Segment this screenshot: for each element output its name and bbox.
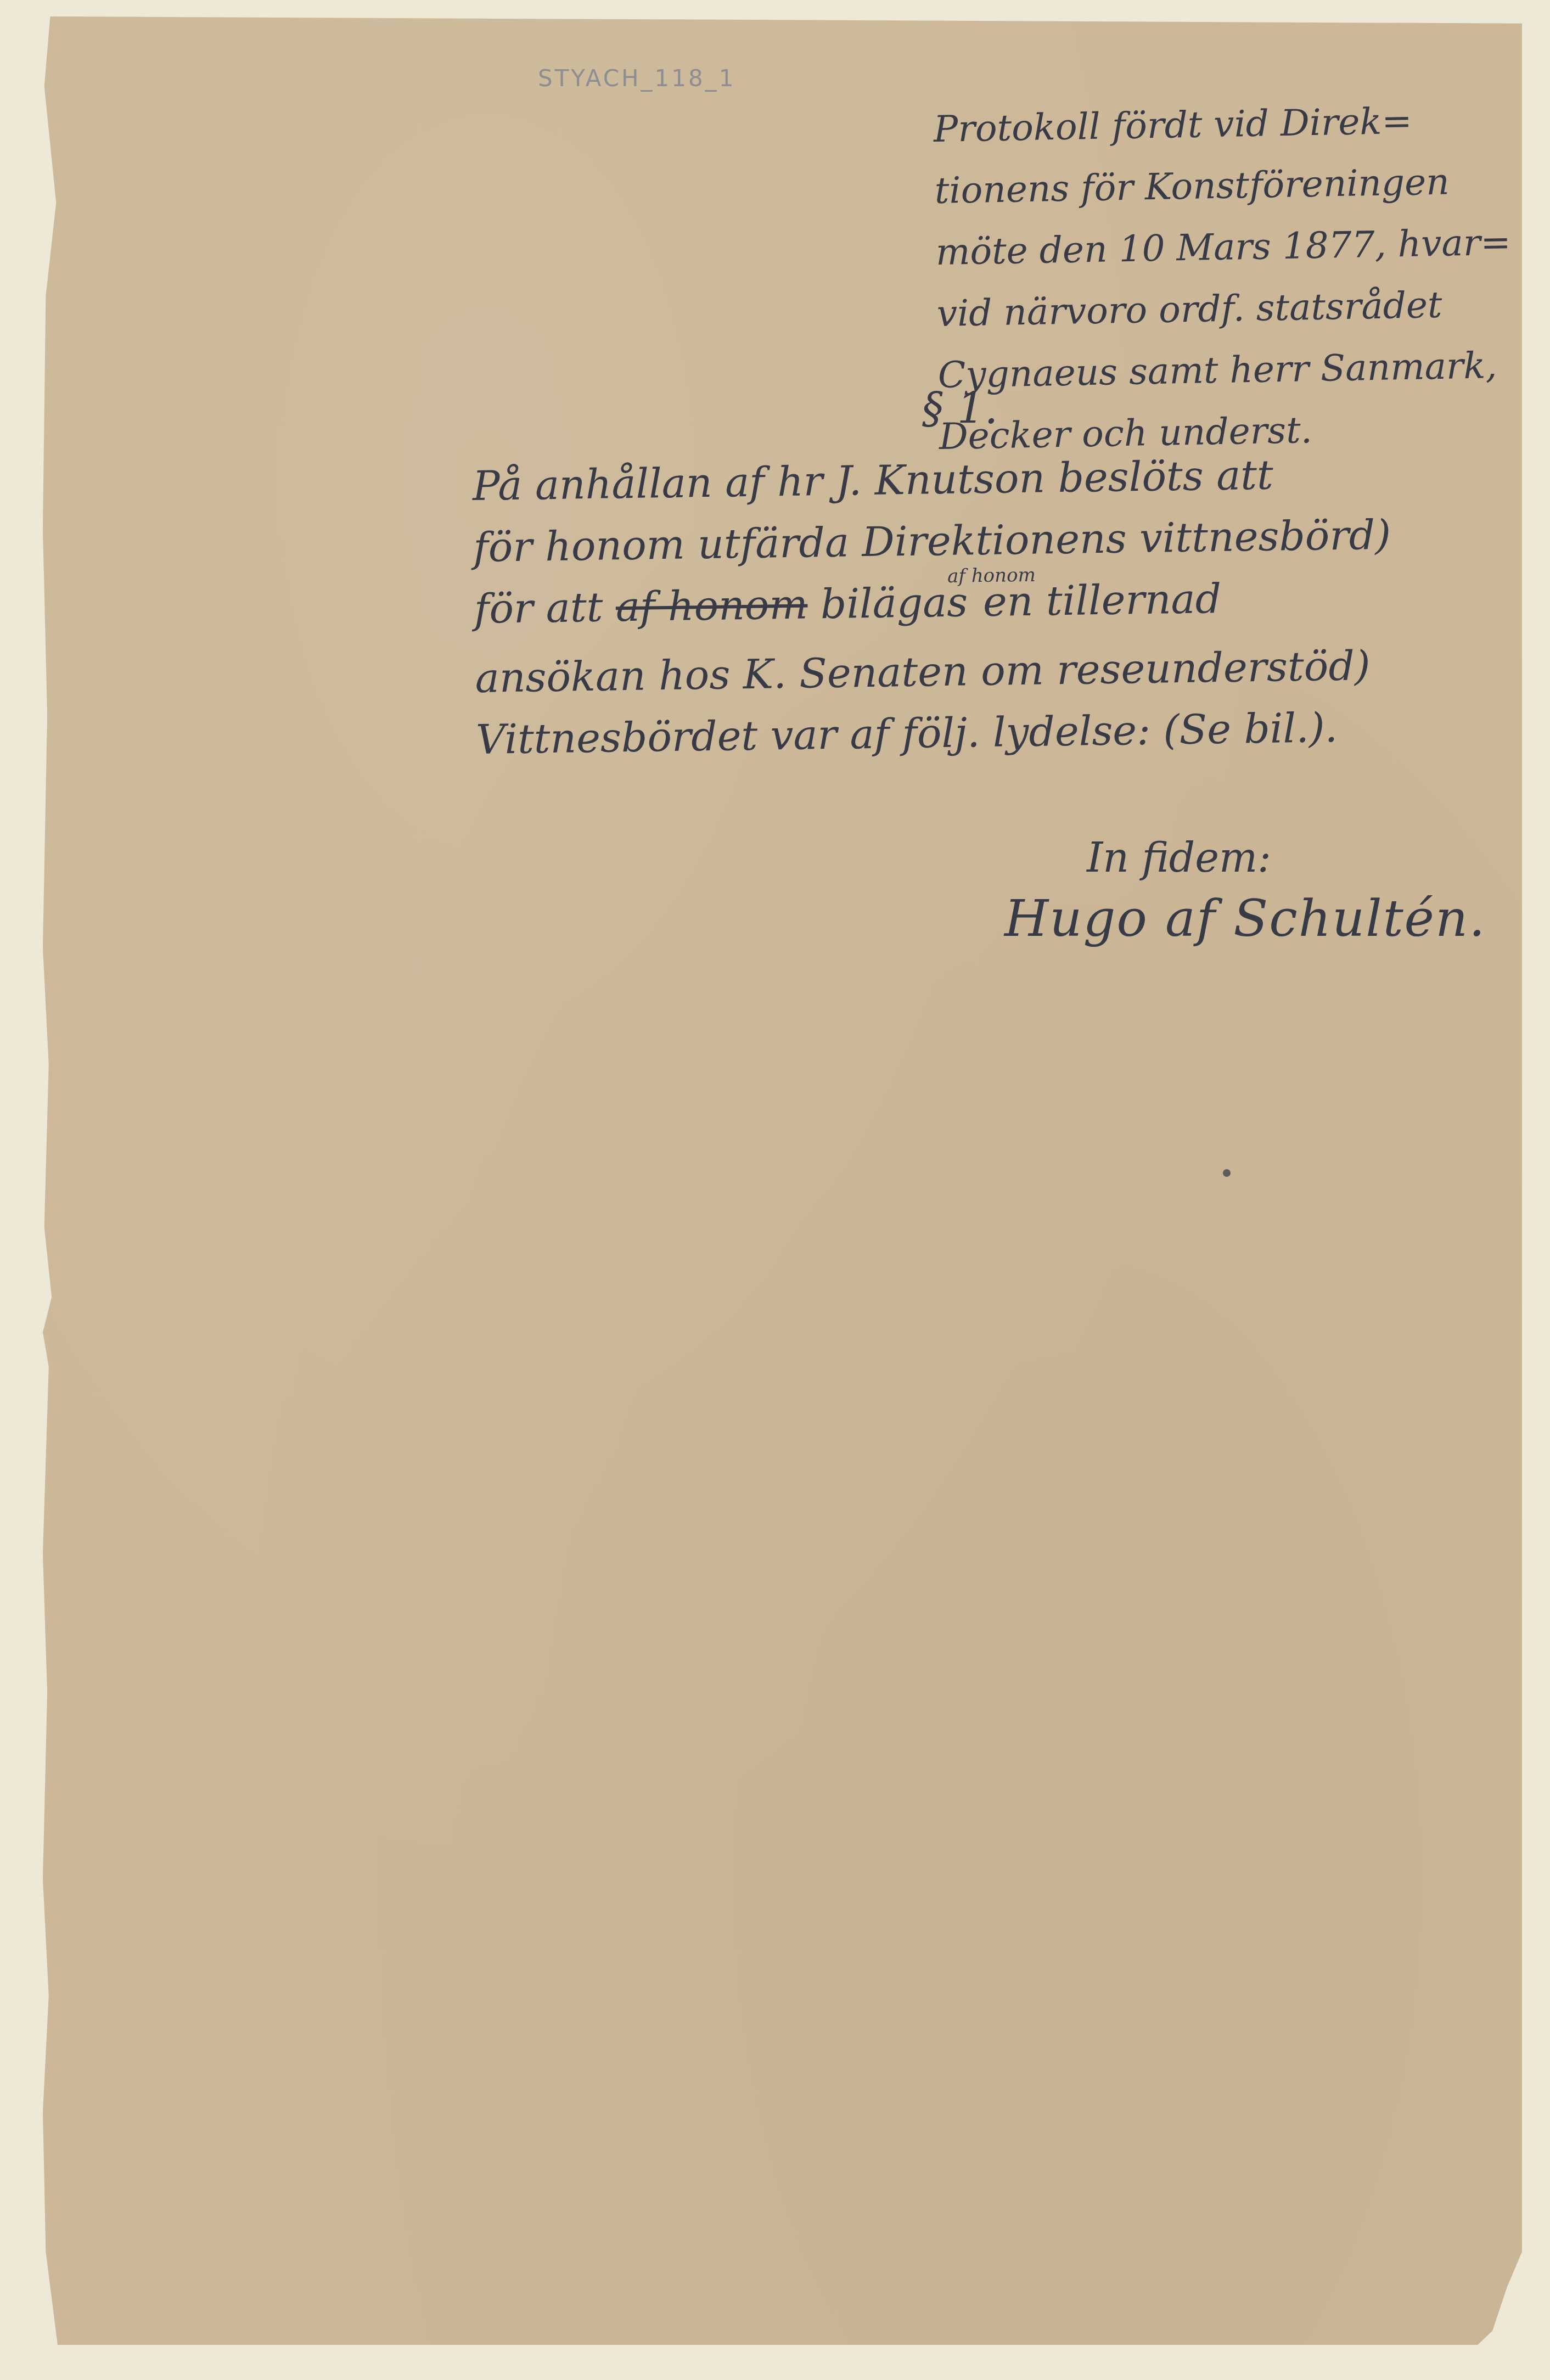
heading-line: Protokoll fördt vid Direk= — [933, 89, 1509, 160]
heading-line: Cygnaeus samt herr Sanmark, — [937, 335, 1514, 406]
heading-line: tionens för Konstföreningen — [934, 150, 1510, 222]
heading-line: möte den 10 Mars 1877, hvar= — [935, 212, 1512, 283]
heading-line: vid närvoro ordf. statsrådet — [936, 273, 1513, 345]
protocol-body: På anhållan af hr J. Knutson beslöts att… — [472, 443, 1394, 771]
body-text-fragment: bilägas — [820, 579, 968, 628]
signature: Hugo af Schultén. — [1004, 889, 1486, 948]
body-line: för honom utfärda Direktionens vittnesbö… — [473, 504, 1391, 579]
paragraph-number: § 1. — [922, 384, 998, 434]
interlinear-insertion: af honom — [947, 564, 1036, 587]
archive-code: STYACH_118_1 — [538, 65, 736, 92]
body-text-fragment: för att — [474, 584, 603, 633]
closing-phrase: In fidem: — [1087, 834, 1271, 882]
ink-speck — [1223, 1169, 1231, 1177]
body-line: för att af honom bilägas af honom en til… — [474, 566, 1392, 648]
protocol-heading: Protokoll fördt vid Direk= tionens för K… — [933, 89, 1514, 468]
body-line: Vittnesbördet var af följ. lydelse: (Se … — [475, 697, 1394, 771]
struck-text: af honom — [615, 581, 808, 631]
